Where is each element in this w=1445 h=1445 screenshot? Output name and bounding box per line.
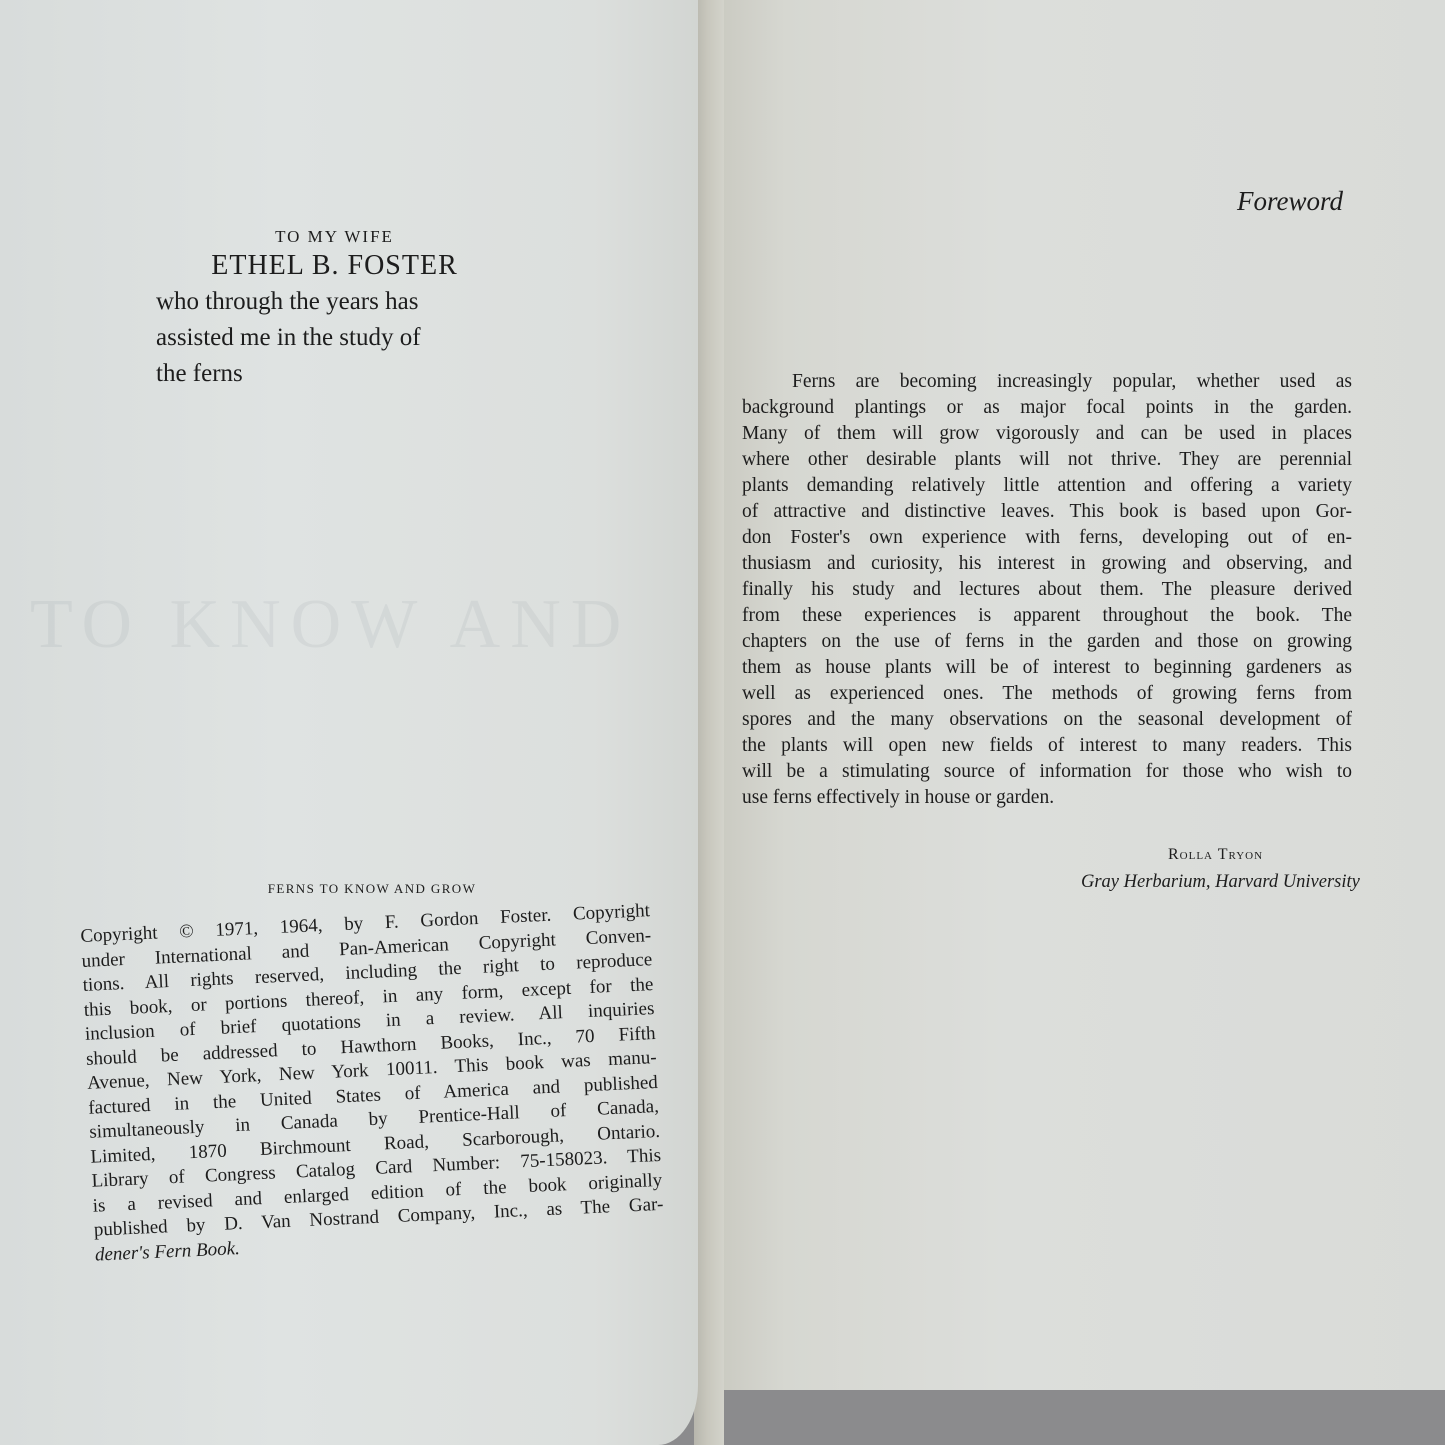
foreword-line: from these experiences is apparent throu… (742, 603, 1352, 629)
foreword-line: don Foster's own experience with ferns, … (742, 525, 1352, 551)
foreword-body: Ferns are becoming increasingly popular,… (742, 369, 1352, 811)
foreword-line: background plantings or as major focal p… (742, 395, 1352, 421)
dedication-to: TO MY WIFE (156, 226, 501, 248)
show-through-text: TO KNOW AND (30, 585, 690, 665)
signature-affiliation: Gray Herbarium, Harvard University (1081, 872, 1360, 893)
foreword-line: well as experienced ones. The methods of… (742, 681, 1352, 707)
foreword-line: will be a stimulating source of informat… (742, 759, 1352, 785)
foreword-line: finally his study and lectures about the… (742, 577, 1352, 603)
foreword-line: thusiasm and curiosity, his interest in … (742, 551, 1352, 577)
foreword-heading: Foreword (1237, 186, 1343, 217)
signature-name: Rolla Tryon (1168, 846, 1263, 864)
dedication-line: assisted me in the study of (156, 320, 501, 356)
foreword-line: chapters on the use of ferns in the gard… (742, 629, 1352, 655)
book-title: FERNS TO KNOW AND GROW (237, 881, 507, 897)
foreword-line: them as house plants will be of interest… (742, 655, 1352, 681)
book-gutter (694, 0, 724, 1445)
foreword-line: the plants will open new fields of inter… (742, 733, 1352, 759)
foreword-line: Many of them will grow vigorously and ca… (742, 421, 1352, 447)
foreword-line: plants demanding relatively little atten… (742, 473, 1352, 499)
foreword-line: use ferns effectively in house or garden… (742, 785, 1352, 811)
dedication-line: who through the years has (156, 284, 501, 320)
dedication-line: the ferns (156, 356, 501, 392)
copyright-notice: Copyright © 1971, 1964, by F. Gordon Fos… (80, 899, 665, 1268)
open-book-spread: TO KNOW AND TO MY WIFE ETHEL B. FOSTER w… (0, 0, 1445, 1445)
foreword-line: Ferns are becoming increasingly popular,… (742, 369, 1352, 395)
foreword-line: where other desirable plants will not th… (742, 447, 1352, 473)
dedication-name: ETHEL B. FOSTER (156, 248, 501, 284)
foreword-line: of attractive and distinctive leaves. Th… (742, 499, 1352, 525)
foreword-line: spores and the many observations on the … (742, 707, 1352, 733)
dedication: TO MY WIFE ETHEL B. FOSTER who through t… (156, 226, 501, 392)
